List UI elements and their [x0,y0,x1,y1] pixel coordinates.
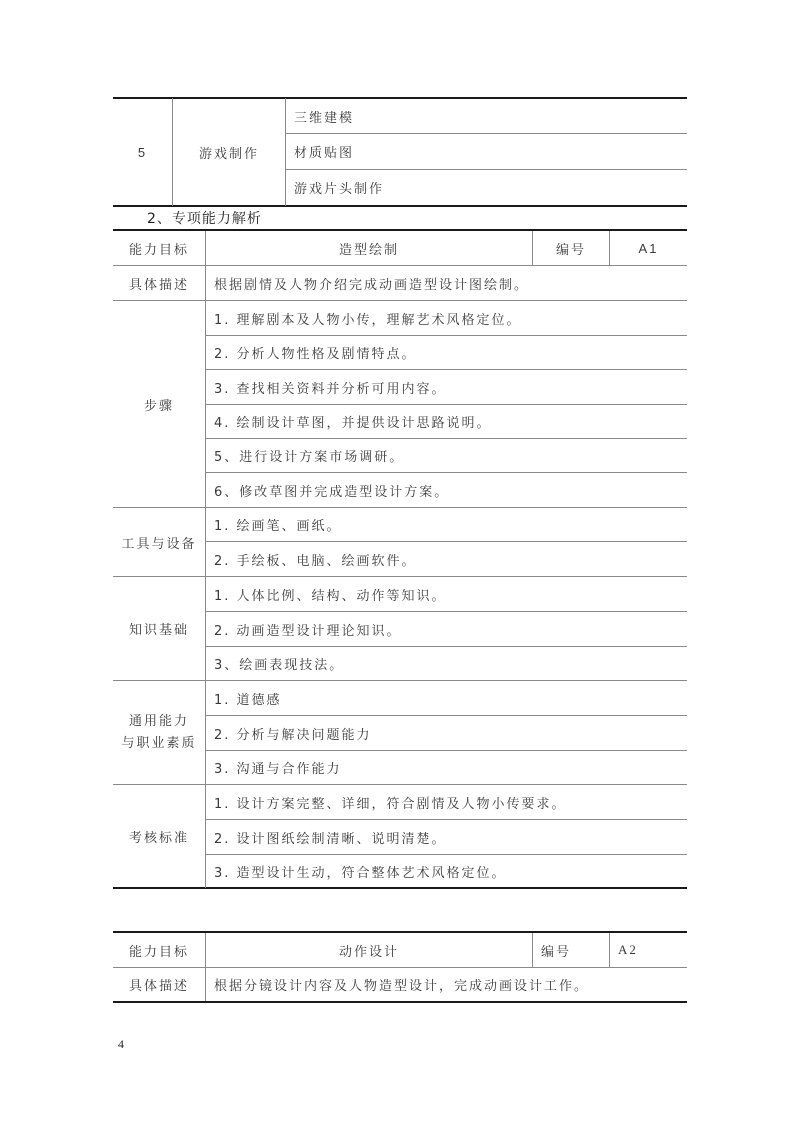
sub-item: 材质贴图 [286,134,686,169]
knowledge-item: 3、绘画表现技法。 [206,647,687,680]
step-item: 6、修改草图并完成造型设计方案。 [206,473,687,507]
row-index: 5 [113,99,172,205]
code-label: 编号 [533,231,609,265]
tool-item: 2. 手绘板、电脑、绘画软件。 [206,542,687,576]
code-label: 编号 [533,933,609,967]
ability-goal-value: 造型绘制 [206,231,532,265]
ability-goal-value: 动作设计 [206,933,532,967]
general-ability-label: 通用能力 与职业素质 [113,681,205,784]
general-ability-item: 3. 沟通与合作能力 [206,751,687,784]
knowledge-item: 2. 动画造型设计理论知识。 [206,612,687,646]
ability-goal-label: 能力目标 [113,933,205,967]
sub-item: 游戏片头制作 [286,170,686,205]
row-category: 游戏制作 [173,99,285,205]
tool-item: 1. 绘画笔、画纸。 [206,508,687,541]
step-item: 2. 分析人物性格及剧情特点。 [206,336,687,369]
assessment-item: 3. 造型设计生动，符合整体艺术风格定位。 [206,855,687,887]
table-bottom-border [113,1001,687,1003]
table-bottom-border [113,205,687,207]
general-ability-item: 2. 分析与解决问题能力 [206,716,687,750]
code-value: A2 [610,933,687,967]
code-value: A1 [610,231,687,265]
general-ability-label-line1: 通用能力 [129,711,189,733]
general-ability-item: 1. 道德感 [206,681,687,715]
general-ability-label-line2: 与职业素质 [121,733,196,755]
assessment-item: 2. 设计图纸绘制清晰、说明清楚。 [206,820,687,854]
knowledge-item: 1. 人体比例、结构、动作等知识。 [206,577,687,611]
sub-item: 三维建模 [286,99,686,133]
description-value: 根据剧情及人物介绍完成动画造型设计图绘制。 [206,266,687,300]
description-label: 具体描述 [113,968,205,1001]
ability-goal-label: 能力目标 [113,231,205,265]
page-number: 4 [118,1037,124,1052]
table-bottom-border [113,887,687,889]
assessment-label: 考核标准 [113,785,205,887]
assessment-item: 1. 设计方案完整、详细，符合剧情及人物小传要求。 [206,785,687,819]
steps-label: 步骤 [113,301,205,507]
section-title: 2、专项能力解析 [147,208,262,228]
description-label: 具体描述 [113,266,205,300]
step-item: 1. 理解剧本及人物小传，理解艺术风格定位。 [206,301,687,335]
step-item: 5、进行设计方案市场调研。 [206,439,687,472]
step-item: 3. 查找相关资料并分析可用内容。 [206,370,687,404]
tools-label: 工具与设备 [113,508,205,576]
step-item: 4. 绘制设计草图，并提供设计思路说明。 [206,405,687,438]
knowledge-label: 知识基础 [113,577,205,680]
description-value: 根据分镜设计内容及人物造型设计，完成动画设计工作。 [206,968,687,1001]
